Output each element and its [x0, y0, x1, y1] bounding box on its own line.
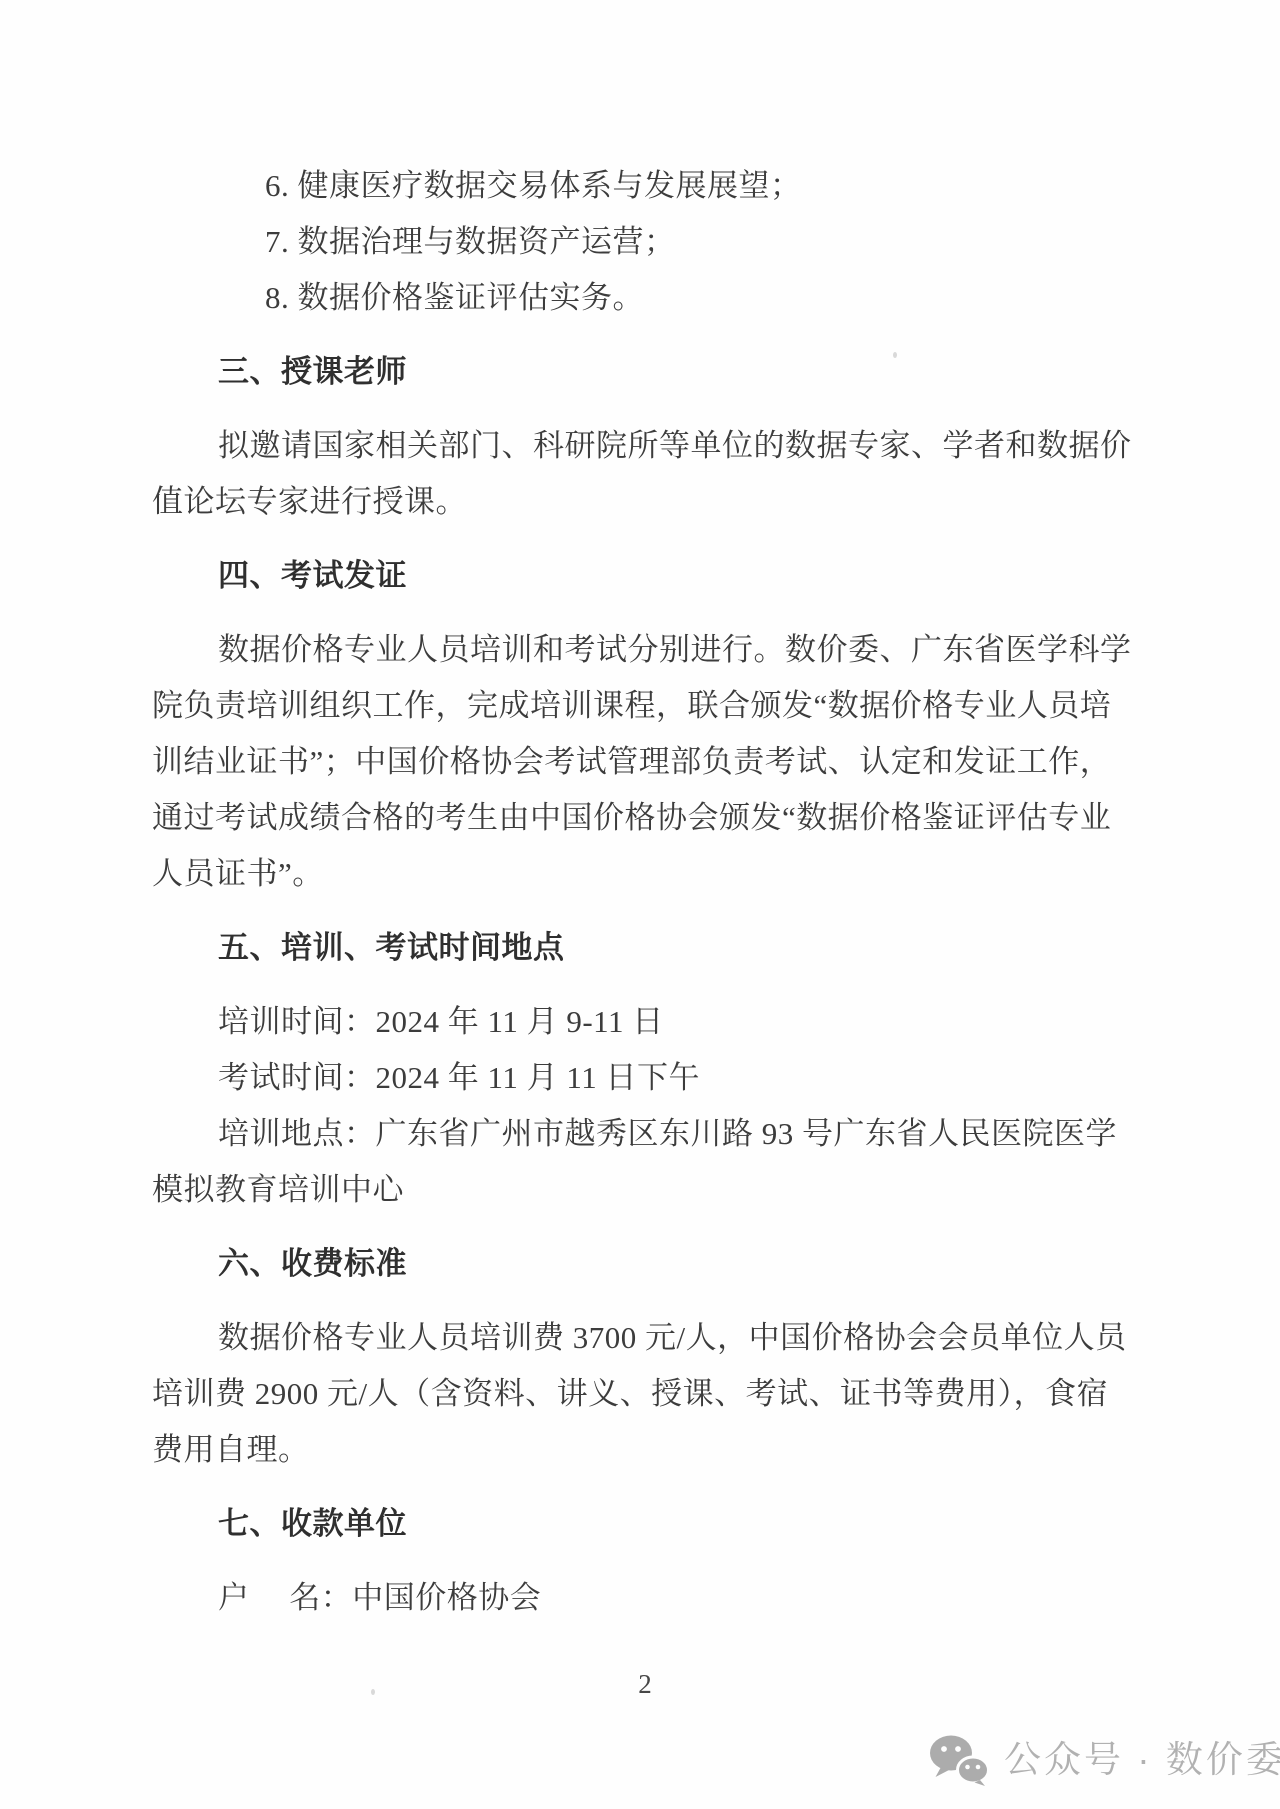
doc-line: 户 名：中国价格协会 [152, 1570, 1162, 1626]
doc-line: 模拟教育培训中心 [152, 1162, 1162, 1218]
scan-speck [371, 1689, 375, 1695]
watermark-text: 公众号 · 数价委 [1004, 1734, 1280, 1786]
page-number: 2 [0, 1668, 1280, 1700]
section-heading: 七、收款单位 [152, 1496, 1162, 1552]
doc-line: 拟邀请国家相关部门、科研院所等单位的数据专家、学者和数据价 [152, 418, 1162, 474]
section-heading: 五、培训、考试时间地点 [152, 920, 1162, 976]
section-heading: 三、授课老师 [152, 344, 1162, 400]
doc-line: 7. 数据治理与数据资产运营； [152, 214, 1162, 270]
doc-line: 值论坛专家进行授课。 [152, 474, 1162, 530]
doc-line: 人员证书”。 [152, 846, 1162, 902]
doc-line: 数据价格专业人员培训和考试分别进行。数价委、广东省医学科学 [152, 622, 1162, 678]
doc-line: 通过考试成绩合格的考生由中国价格协会颁发“数据价格鉴证评估专业 [152, 790, 1162, 846]
doc-line: 考试时间：2024 年 11 月 11 日下午 [152, 1050, 1162, 1106]
doc-line: 8. 数据价格鉴证评估实务。 [152, 270, 1162, 326]
doc-line: 培训地点：广东省广州市越秀区东川路 93 号广东省人民医院医学 [152, 1106, 1162, 1162]
section-heading: 六、收费标准 [152, 1236, 1162, 1292]
watermark: 公众号 · 数价委 [928, 1734, 1280, 1786]
doc-line: 费用自理。 [152, 1422, 1162, 1478]
section-heading: 四、考试发证 [152, 548, 1162, 604]
scan-speck [893, 352, 897, 358]
document-page: 6. 健康医疗数据交易体系与发展展望；7. 数据治理与数据资产运营；8. 数据价… [0, 0, 1280, 1809]
doc-line: 训结业证书”；中国价格协会考试管理部负责考试、认定和发证工作， [152, 734, 1162, 790]
doc-line: 培训费 2900 元/人（含资料、讲义、授课、考试、证书等费用），食宿 [152, 1366, 1162, 1422]
doc-line: 院负责培训组织工作，完成培训课程，联合颁发“数据价格专业人员培 [152, 678, 1162, 734]
doc-line: 数据价格专业人员培训费 3700 元/人，中国价格协会会员单位人员 [152, 1310, 1162, 1366]
doc-line: 6. 健康医疗数据交易体系与发展展望； [152, 158, 1162, 214]
wechat-icon [928, 1734, 990, 1786]
doc-line: 培训时间：2024 年 11 月 9-11 日 [152, 994, 1162, 1050]
document-body: 6. 健康医疗数据交易体系与发展展望；7. 数据治理与数据资产运营；8. 数据价… [152, 158, 1162, 1626]
